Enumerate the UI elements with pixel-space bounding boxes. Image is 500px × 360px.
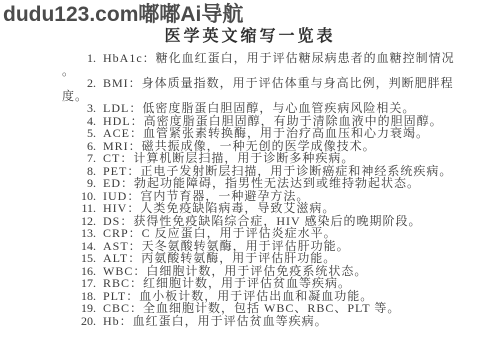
site-logo[interactable]: dudu123.com嘟嘟Ai导航 xyxy=(3,2,243,27)
list-item: 20.Hb：血红蛋白，用于评估贫血等疾病。 xyxy=(62,315,462,328)
item-text: Hb：血红蛋白，用于评估贫血等疾病。 xyxy=(103,314,328,328)
item-number: 13. xyxy=(62,227,96,240)
list-item: 2.BMI：身体质量指数，用于评估体重与身高比例，判断肥胖程 xyxy=(62,77,462,90)
document-title: 医学英文缩写一览表 xyxy=(0,28,500,46)
item-text: HbA1c：糖化血红蛋白，用于评估糖尿病患者的血糖控制情况 xyxy=(103,51,455,65)
item-number: 17. xyxy=(62,277,96,290)
list-item: 1.HbA1c：糖化血红蛋白，用于评估糖尿病患者的血糖控制情况 xyxy=(62,52,462,65)
page: dudu123.com嘟嘟Ai导航 医学英文缩写一览表 1.HbA1c：糖化血红… xyxy=(0,0,500,360)
item-number: 9. xyxy=(62,177,96,190)
item-text: 度。 xyxy=(62,89,88,103)
item-number: 5. xyxy=(62,127,96,140)
item-number: 11. xyxy=(62,202,96,215)
abbreviation-list: 1.HbA1c：糖化血红蛋白，用于评估糖尿病患者的血糖控制情况。2.BMI：身体… xyxy=(62,52,462,327)
item-text: 。 xyxy=(62,64,75,78)
item-text: BMI：身体质量指数，用于评估体重与身高比例，判断肥胖程 xyxy=(103,76,454,90)
item-number: 19. xyxy=(62,302,96,315)
item-number: 3. xyxy=(62,102,96,115)
item-number: 15. xyxy=(62,252,96,265)
item-number: 20. xyxy=(62,315,96,328)
item-number: 7. xyxy=(62,152,96,165)
